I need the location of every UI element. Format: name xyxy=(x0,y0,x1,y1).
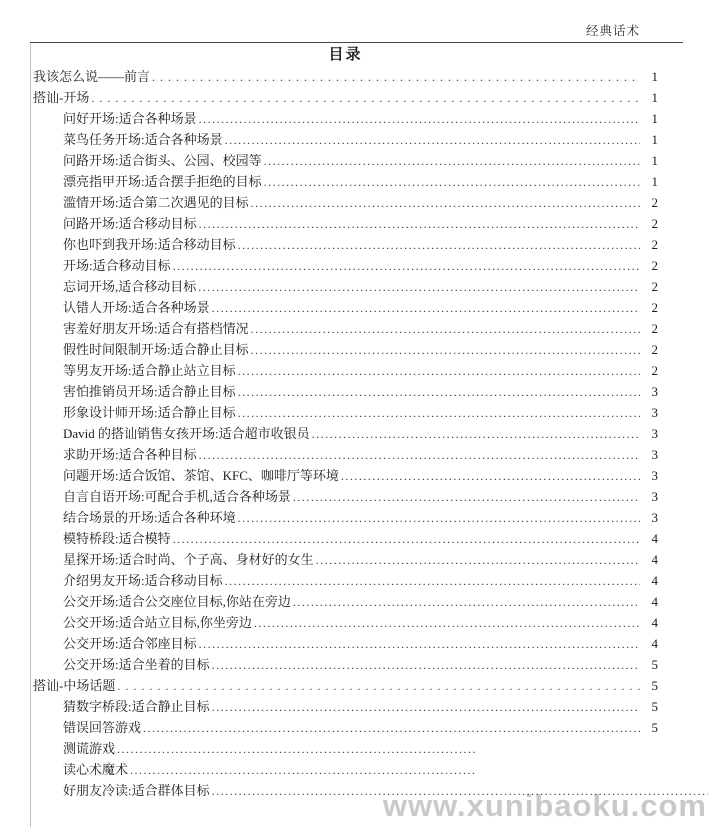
dot-leader xyxy=(130,759,476,781)
toc-entry-page-number: 3 xyxy=(642,486,658,507)
toc-entry-page-number: 1 xyxy=(642,108,658,129)
toc-entry[interactable]: 公交开场:适合坐着的目标 5 xyxy=(33,654,658,675)
dot-leader xyxy=(293,591,640,613)
dot-leader xyxy=(251,192,640,214)
toc-entry[interactable]: 星探开场:适合时尚、个子高、身材好的女生 4 xyxy=(33,549,658,570)
dot-leader xyxy=(225,570,640,592)
running-header: 经典话术 xyxy=(586,21,640,39)
toc-entry-label: David 的搭讪销售女孩开场:适合超市收银员 xyxy=(63,423,310,444)
dot-leader xyxy=(199,213,640,235)
toc-entry-page-number: 2 xyxy=(642,360,658,381)
toc-entry-page-number: 5 xyxy=(642,717,658,738)
toc-entry-page-number: 5 xyxy=(642,654,658,675)
toc-entry[interactable]: 菜鸟任务开场:适合各种场景 1 xyxy=(33,129,658,150)
toc-entry-label: 自言自语开场:可配合手机,适合各种场景 xyxy=(63,486,291,507)
dot-leader xyxy=(341,465,640,487)
dot-leader xyxy=(199,633,640,655)
toc-entry-label: 害怕推销员开场:适合静止目标 xyxy=(63,381,236,402)
dot-leader xyxy=(143,717,640,739)
toc-entry[interactable]: 搭讪-开场 1 xyxy=(33,87,658,108)
toc-entry[interactable]: 模特桥段:适合模特 4 xyxy=(33,528,658,549)
toc-entry[interactable]: David 的搭讪销售女孩开场:适合超市收银员 3 xyxy=(33,423,658,444)
toc-entry[interactable]: 猜数字桥段:适合静止目标 5 xyxy=(33,696,658,717)
dot-leader xyxy=(264,171,640,193)
toc-entry-label: 问题开场:适合饭馆、茶馆、KFC、咖啡厅等环境 xyxy=(63,465,339,486)
toc-entry[interactable]: 测谎游戏 xyxy=(33,738,478,759)
dot-leader xyxy=(198,276,640,298)
toc-entry-label: 求助开场:适合各种目标 xyxy=(63,444,197,465)
toc-entry[interactable]: 自言自语开场:可配合手机,适合各种场景 3 xyxy=(33,486,658,507)
toc-entry[interactable]: 害怕推销员开场:适合静止目标 3 xyxy=(33,381,658,402)
dot-leader xyxy=(238,381,640,403)
toc-entry-label: 等男友开场:适合静止站立目标 xyxy=(63,360,236,381)
toc-entry-label: 开场:适合移动目标 xyxy=(63,255,171,276)
toc-entry-page-number: 3 xyxy=(642,444,658,465)
dot-leader xyxy=(117,675,640,697)
toc-entry-label: 你也吓到我开场:适合移动目标 xyxy=(63,234,236,255)
toc-entry[interactable]: 介绍男友开场:适合移动目标 4 xyxy=(33,570,658,591)
dot-leader xyxy=(212,780,708,802)
toc-entry-page-number: 3 xyxy=(642,507,658,528)
toc-entry-label: 问路开场:适合移动目标 xyxy=(63,213,197,234)
toc-entry-page-number: 3 xyxy=(642,465,658,486)
toc-entry-page-number: 1 xyxy=(642,66,658,87)
toc-entry-label: 菜鸟任务开场:适合各种场景 xyxy=(63,129,223,150)
toc-entry-label: 害羞好朋友开场:适合有搭档情况 xyxy=(63,318,249,339)
toc-entry-page-number: 5 xyxy=(642,675,658,696)
toc-entry-page-number: 4 xyxy=(642,570,658,591)
dot-leader xyxy=(238,402,640,424)
left-margin-line xyxy=(30,43,31,827)
toc-entry-page-number: 4 xyxy=(642,633,658,654)
toc-entry-label: 好朋友冷读:适合群体目标 xyxy=(63,780,210,801)
toc-entry-page-number: 1 xyxy=(642,150,658,171)
dot-leader xyxy=(312,423,640,445)
toc-entry[interactable]: 你也吓到我开场:适合移动目标 2 xyxy=(33,234,658,255)
dot-leader xyxy=(199,444,640,466)
dot-leader xyxy=(173,255,640,277)
toc-entry-page-number: 3 xyxy=(642,402,658,423)
toc-entry[interactable]: 开场:适合移动目标 2 xyxy=(33,255,658,276)
toc-list: 我该怎么说——前言 1 搭讪-开场 1 问好开场:适合各种场景 1 菜鸟任务开场… xyxy=(33,66,658,801)
toc-entry-label: 介绍男友开场:适合移动目标 xyxy=(63,570,223,591)
toc-entry-label: 结合场景的开场:适合各种环境 xyxy=(63,507,236,528)
toc-title: 目录 xyxy=(33,44,658,66)
toc-entry[interactable]: 公交开场:适合公交座位目标,你站在旁边 4 xyxy=(33,591,658,612)
document-page: 目录 我该怎么说——前言 1 搭讪-开场 1 问好开场:适合各种场景 1 菜鸟任… xyxy=(33,44,658,801)
toc-entry-page-number: 5 xyxy=(642,696,658,717)
header-rule xyxy=(30,42,683,43)
toc-entry-page-number: 3 xyxy=(642,423,658,444)
toc-entry-label: 公交开场:适合坐着的目标 xyxy=(63,654,210,675)
toc-entry-label: 公交开场:适合邻座目标 xyxy=(63,633,197,654)
dot-leader xyxy=(316,549,640,571)
toc-entry[interactable]: 忘词开场,适合移动目标 2 xyxy=(33,276,658,297)
toc-entry-label: 搭讪-中场话题 xyxy=(33,675,115,696)
dot-leader xyxy=(238,507,640,529)
toc-entry[interactable]: 公交开场:适合站立目标,你坐旁边 4 xyxy=(33,612,658,633)
dot-leader xyxy=(212,654,640,676)
toc-entry[interactable]: 问题开场:适合饭馆、茶馆、KFC、咖啡厅等环境 3 xyxy=(33,465,658,486)
dot-leader xyxy=(173,528,640,550)
toc-entry[interactable]: 漂亮指甲开场:适合摆手拒绝的目标 1 xyxy=(33,171,658,192)
toc-entry-page-number: 1 xyxy=(642,87,658,108)
toc-entry-page-number: 2 xyxy=(642,234,658,255)
dot-leader xyxy=(293,486,640,508)
toc-entry-label: 猜数字桥段:适合静止目标 xyxy=(63,696,210,717)
toc-entry[interactable]: 害羞好朋友开场:适合有搭档情况 2 xyxy=(33,318,658,339)
toc-entry-page-number: 2 xyxy=(642,276,658,297)
toc-entry-page-number: 2 xyxy=(642,297,658,318)
toc-entry[interactable]: 滥情开场:适合第二次遇见的目标 2 xyxy=(33,192,658,213)
toc-entry[interactable]: 我该怎么说——前言 1 xyxy=(33,66,658,87)
toc-entry-label: 问好开场:适合各种场景 xyxy=(63,108,197,129)
toc-entry-label: 搭讪-开场 xyxy=(33,87,89,108)
toc-entry[interactable]: 认错人开场:适合各种场景 2 xyxy=(33,297,658,318)
toc-entry-page-number: 4 xyxy=(642,591,658,612)
toc-entry-label: 错误回答游戏 xyxy=(63,717,141,738)
toc-entry-page-number: 2 xyxy=(642,213,658,234)
toc-entry-page-number: 2 xyxy=(642,255,658,276)
toc-entry[interactable]: 问路开场:适合移动目标 2 xyxy=(33,213,658,234)
toc-entry[interactable]: 好朋友冷读:适合群体目标 xyxy=(33,780,710,801)
dot-leader xyxy=(117,738,476,760)
running-header-title: 经典话术 xyxy=(586,24,640,38)
dot-leader xyxy=(251,318,640,340)
dot-leader xyxy=(199,108,640,130)
toc-entry-label: 星探开场:适合时尚、个子高、身材好的女生 xyxy=(63,549,314,570)
toc-entry[interactable]: 等男友开场:适合静止站立目标 2 xyxy=(33,360,658,381)
dot-leader xyxy=(225,129,640,151)
toc-entry-page-number: 2 xyxy=(642,192,658,213)
toc-entry-label: 公交开场:适合站立目标,你坐旁边 xyxy=(63,612,252,633)
toc-entry-page-number: 4 xyxy=(642,549,658,570)
toc-entry-page-number: 1 xyxy=(642,129,658,150)
toc-entry-label: 读心术魔术 xyxy=(63,759,128,780)
toc-entry-label: 我该怎么说——前言 xyxy=(33,66,150,87)
toc-entry[interactable]: 公交开场:适合邻座目标 4 xyxy=(33,633,658,654)
toc-entry-page-number: 2 xyxy=(642,339,658,360)
toc-entry[interactable]: 搭讪-中场话题 5 xyxy=(33,675,658,696)
toc-entry[interactable]: 读心术魔术 xyxy=(33,759,478,780)
toc-entry[interactable]: 结合场景的开场:适合各种环境 3 xyxy=(33,507,658,528)
toc-entry-label: 假性时间限制开场:适合静止目标 xyxy=(63,339,249,360)
toc-entry-label: 漂亮指甲开场:适合摆手拒绝的目标 xyxy=(63,171,262,192)
dot-leader xyxy=(238,360,640,382)
toc-entry-page-number: 4 xyxy=(642,612,658,633)
dot-leader xyxy=(212,297,640,319)
toc-entry-label: 公交开场:适合公交座位目标,你站在旁边 xyxy=(63,591,291,612)
toc-entry-label: 测谎游戏 xyxy=(63,738,115,759)
dot-leader xyxy=(254,612,640,634)
toc-entry[interactable]: 错误回答游戏 5 xyxy=(33,717,658,738)
toc-entry-label: 滥情开场:适合第二次遇见的目标 xyxy=(63,192,249,213)
dot-leader xyxy=(238,234,640,256)
dot-leader xyxy=(251,339,640,361)
toc-entry-label: 问路开场:适合街头、公园、校园等 xyxy=(63,150,262,171)
toc-entry[interactable]: 假性时间限制开场:适合静止目标 2 xyxy=(33,339,658,360)
toc-entry-label: 认错人开场:适合各种场景 xyxy=(63,297,210,318)
toc-entry-label: 忘词开场,适合移动目标 xyxy=(63,276,196,297)
toc-entry-page-number: 3 xyxy=(642,381,658,402)
toc-entry[interactable]: 求助开场:适合各种目标 3 xyxy=(33,444,658,465)
toc-entry-label: 形象设计师开场:适合静止目标 xyxy=(63,402,236,423)
toc-entry-page-number: 1 xyxy=(642,171,658,192)
dot-leader xyxy=(264,150,640,172)
toc-entry[interactable]: 问路开场:适合街头、公园、校园等 1 xyxy=(33,150,658,171)
toc-entry-label: 模特桥段:适合模特 xyxy=(63,528,171,549)
dot-leader xyxy=(152,66,640,88)
toc-entry-page-number: 4 xyxy=(642,528,658,549)
dot-leader xyxy=(212,696,640,718)
toc-entry-page-number: 2 xyxy=(642,318,658,339)
toc-entry[interactable]: 形象设计师开场:适合静止目标 3 xyxy=(33,402,658,423)
toc-entry[interactable]: 问好开场:适合各种场景 1 xyxy=(33,108,658,129)
dot-leader xyxy=(91,87,640,109)
